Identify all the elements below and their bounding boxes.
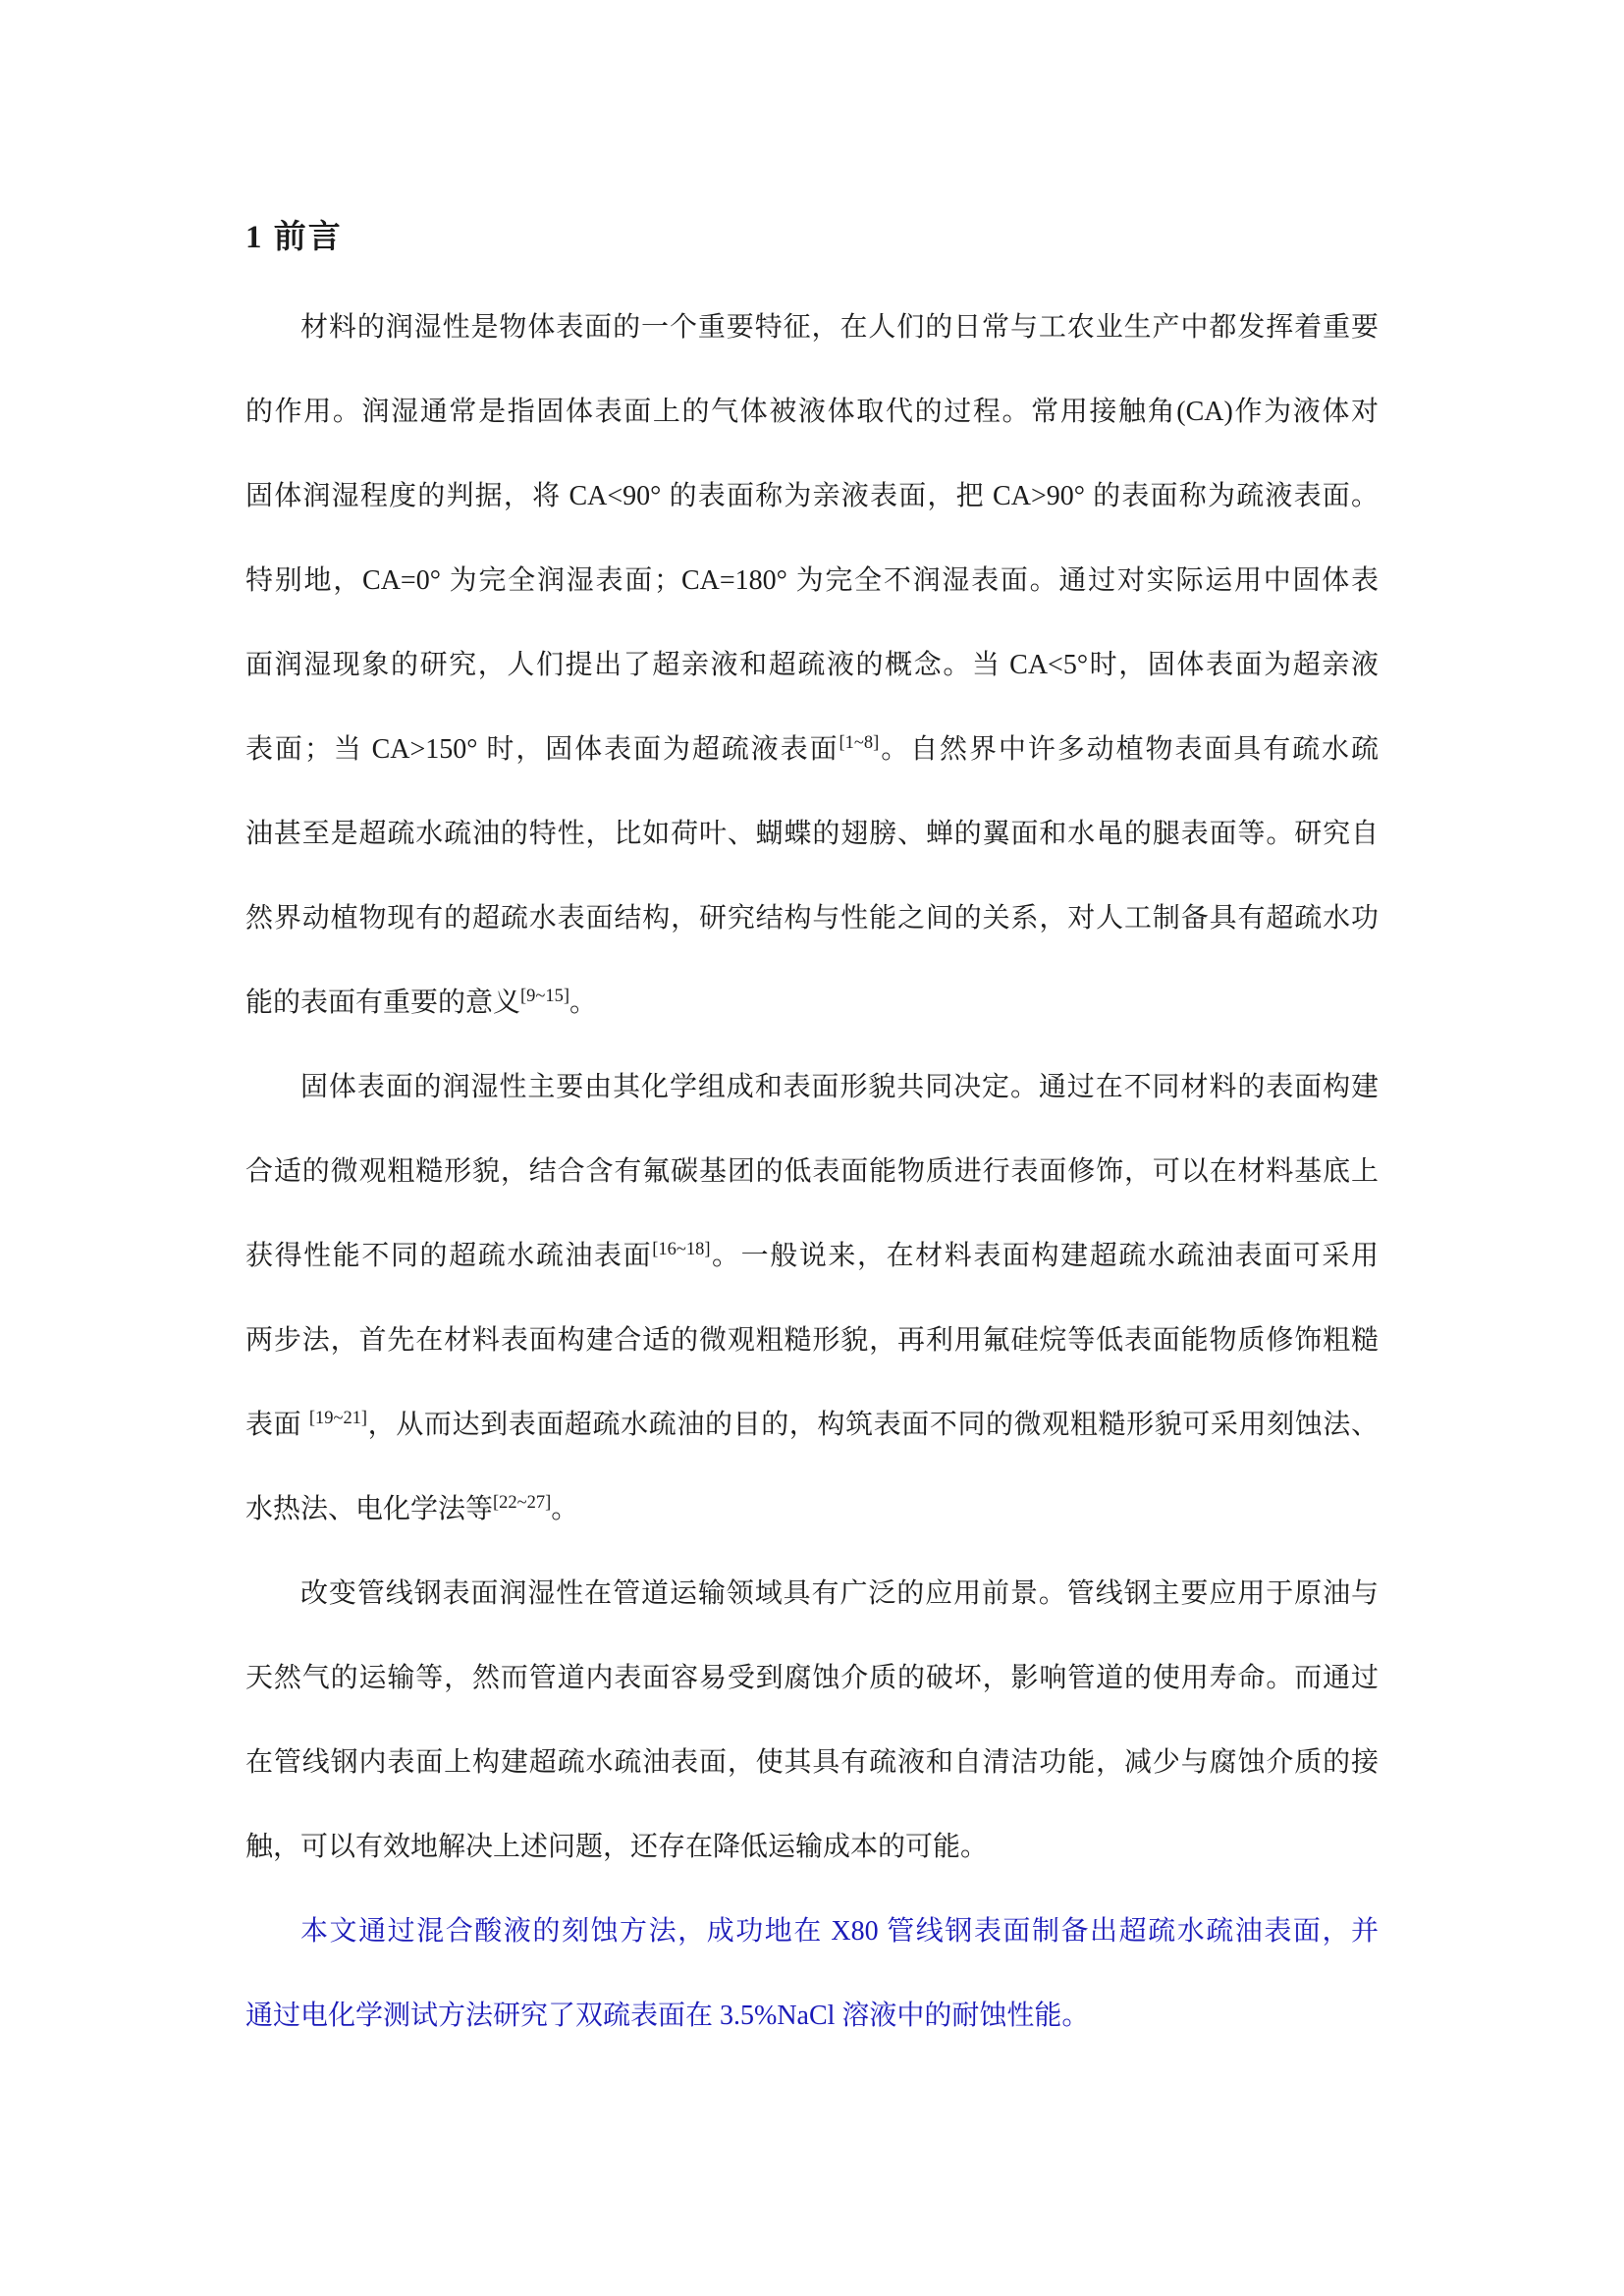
text-line: 触，可以有效地解决上述问题，还存在降低运输成本的可能。: [245, 1805, 1379, 1890]
text-line: 面润湿现象的研究，人们提出了超亲液和超疏液的概念。当 CA<5°时，固体表面为超…: [245, 623, 1379, 708]
text-line: 本文通过混合酸液的刻蚀方法，成功地在 X80 管线钢表面制备出超疏水疏油表面，并: [245, 1890, 1379, 1974]
text-line: 天然气的运输等，然而管道内表面容易受到腐蚀介质的破坏，影响管道的使用寿命。而通过: [245, 1636, 1379, 1721]
text-line: 然界动植物现有的超疏水表面结构，研究结构与性能之间的关系，对人工制备具有超疏水功: [245, 877, 1379, 961]
citation-marker: [9~15]: [520, 986, 569, 1005]
text-line: 水热法、电化学法等[22~27]。: [245, 1468, 1379, 1552]
text-line: 固体表面的润湿性主要由其化学组成和表面形貌共同决定。通过在不同材料的表面构建: [245, 1045, 1379, 1130]
text-line: 在管线钢内表面上构建超疏水疏油表面，使其具有疏液和自清洁功能，减少与腐蚀介质的接: [245, 1721, 1379, 1805]
text-line: 特别地，CA=0° 为完全润湿表面；CA=180° 为完全不润湿表面。通过对实际…: [245, 539, 1379, 623]
text-line: 通过电化学测试方法研究了双疏表面在 3.5%NaCl 溶液中的耐蚀性能。: [245, 1974, 1379, 2058]
paragraph-3: 改变管线钢表面润湿性在管道运输领域具有广泛的应用前景。管线钢主要应用于原油与天然…: [245, 1552, 1379, 1890]
text-line: 材料的润湿性是物体表面的一个重要特征，在人们的日常与工农业生产中都发挥着重要: [245, 286, 1379, 370]
text-line: 能的表面有重要的意义[9~15]。: [245, 961, 1379, 1045]
text-line: 表面；当 CA>150° 时，固体表面为超疏液表面[1~8]。自然界中许多动植物…: [245, 708, 1379, 792]
text-line: 油甚至是超疏水疏油的特性，比如荷叶、蝴蝶的翅膀、蝉的翼面和水黾的腿表面等。研究自: [245, 792, 1379, 877]
citation-marker: [22~27]: [493, 1492, 551, 1512]
section-heading: 1 前言: [245, 218, 343, 257]
text-line: 改变管线钢表面润湿性在管道运输领域具有广泛的应用前景。管线钢主要应用于原油与: [245, 1552, 1379, 1636]
text-line: 两步法，首先在材料表面构建合适的微观粗糙形貌，再利用氟硅烷等低表面能物质修饰粗糙: [245, 1299, 1379, 1383]
paragraph-1: 材料的润湿性是物体表面的一个重要特征，在人们的日常与工农业生产中都发挥着重要的作…: [245, 286, 1379, 1045]
text-line: 固体润湿程度的判据，将 CA<90° 的表面称为亲液表面，把 CA>90° 的表…: [245, 454, 1379, 539]
paragraph-4: 本文通过混合酸液的刻蚀方法，成功地在 X80 管线钢表面制备出超疏水疏油表面，并…: [245, 1890, 1379, 2058]
document-body: 材料的润湿性是物体表面的一个重要特征，在人们的日常与工农业生产中都发挥着重要的作…: [245, 286, 1379, 2058]
paper-page: 1 前言 材料的润湿性是物体表面的一个重要特征，在人们的日常与工农业生产中都发挥…: [0, 0, 1624, 2296]
citation-marker: [16~18]: [652, 1239, 710, 1258]
text-line: 合适的微观粗糙形貌，结合含有氟碳基团的低表面能物质进行表面修饰，可以在材料基底上: [245, 1130, 1379, 1214]
citation-marker: [1~8]: [839, 732, 880, 752]
text-line: 表面 [19~21]，从而达到表面超疏水疏油的目的，构筑表面不同的微观粗糙形貌可…: [245, 1383, 1379, 1468]
text-line: 获得性能不同的超疏水疏油表面[16~18]。一般说来，在材料表面构建超疏水疏油表…: [245, 1214, 1379, 1299]
paragraph-2: 固体表面的润湿性主要由其化学组成和表面形貌共同决定。通过在不同材料的表面构建合适…: [245, 1045, 1379, 1552]
text-line: 的作用。润湿通常是指固体表面上的气体被液体取代的过程。常用接触角(CA)作为液体…: [245, 370, 1379, 454]
citation-marker: [19~21]: [309, 1408, 367, 1427]
